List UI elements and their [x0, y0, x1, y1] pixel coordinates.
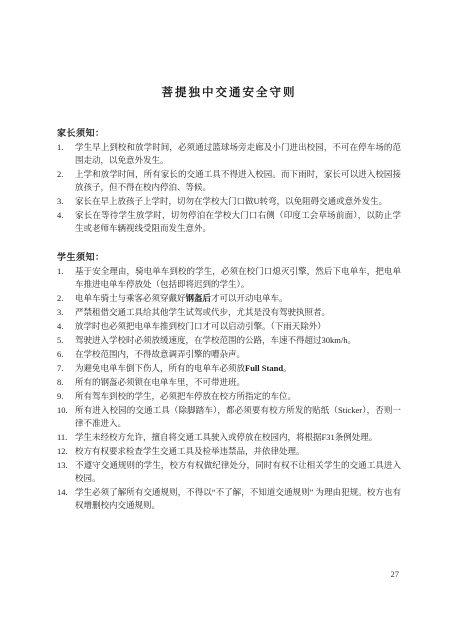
rule-item: 3.严禁租借交通工具给其他学生试驾或代步，尤其是没有驾驶执照者。: [57, 306, 401, 319]
rule-item-number: 10.: [57, 404, 75, 430]
rule-item-text: 所有驾车到校的学生，必须把车停放在校方所指定的车位。: [75, 390, 401, 403]
rule-item-text: 学生必须了解所有交通规则，不得以“不了解，不知道交通规则” 为理由犯规。校方也有…: [75, 486, 401, 512]
rule-item: 6.在学校范围内，不得故意调弄引擎的嘈杂声。: [57, 348, 401, 361]
rule-item: 8.所有的钢盔必须锁在电单车里，不可带进班。: [57, 376, 401, 389]
rule-item-number: 1.: [57, 265, 75, 291]
rule-item-text: 家长在早上放孩子上学时，切勿在学校大门口做U转弯，以免阻碍交通或意外发生。: [75, 195, 401, 208]
rule-item: 10.所有进入校园的交通工具（除脚踏车），都必须要有校方所发的贴纸（Sticke…: [57, 404, 401, 430]
page-title: 菩提独中交通安全守则: [57, 84, 401, 100]
rule-item-text: 上学和放学时间，所有家长的交通工具不得进入校园。而下雨时，家长可以进入校园接放孩…: [75, 168, 401, 194]
rule-item-number: 4.: [57, 209, 75, 235]
rule-item-text: 严禁租借交通工具给其他学生试驾或代步，尤其是没有驾驶执照者。: [75, 306, 401, 319]
rule-item: 1.基于安全理由，骑电单车到校的学生，必须在校门口熄灭引擎，然后下电单车，把电单…: [57, 265, 401, 291]
rule-item: 7.为避免电单车倒下伤人，所有的电单车必须放Full Stand。: [57, 362, 401, 375]
students-rule-list: 1.基于安全理由，骑电单车到校的学生，必须在校门口熄灭引擎，然后下电单车，把电单…: [57, 265, 401, 512]
rule-item: 1.学生早上到校和放学时间，必须通过篮球场旁走廊及小门进出校园，不可在停车场的范…: [57, 141, 401, 167]
rule-item-text: 基于安全理由，骑电单车到校的学生，必须在校门口熄灭引擎，然后下电单车，把电单车推…: [75, 265, 401, 291]
rule-item-number: 1.: [57, 141, 75, 167]
rule-item: 14.学生必须了解所有交通规则，不得以“不了解，不知道交通规则” 为理由犯规。校…: [57, 486, 401, 512]
rule-item-text: 不遵守交通规则的学生，校方有权做纪律处分，同时有权不让相关学生的交通工具进入校园…: [75, 459, 401, 485]
rule-item-number: 11.: [57, 431, 75, 444]
rule-item-number: 5.: [57, 334, 75, 347]
rule-item: 4.家长在等待学生放学时，切勿停泊在学校大门口右侧（印度工会草场前面），以防止学…: [57, 209, 401, 235]
rule-item-number: 9.: [57, 390, 75, 403]
rule-item-number: 2.: [57, 292, 75, 305]
rule-item-number: 7.: [57, 362, 75, 375]
rule-item: 5.驾驶进入学校时必须放缓速度，在学校范围的公路，车速不得超过30km/h。: [57, 334, 401, 347]
rule-item-number: 3.: [57, 306, 75, 319]
rule-item-text: 所有的钢盔必须锁在电单车里，不可带进班。: [75, 376, 401, 389]
rule-item-text: 在学校范围内，不得故意调弄引擎的嘈杂声。: [75, 348, 401, 361]
rule-item-number: 2.: [57, 168, 75, 194]
rule-item: 9.所有驾车到校的学生，必须把车停放在校方所指定的车位。: [57, 390, 401, 403]
rule-item: 11.学生未经校方允许，擅自将交通工具驶入或停放在校园内，将根据F31条例处理。: [57, 431, 401, 444]
rule-item: 2.电单车骑士与乘客必须穿戴好钢盔后才可以开动电单车。: [57, 292, 401, 305]
rule-item-number: 14.: [57, 486, 75, 512]
rule-item-number: 12.: [57, 445, 75, 458]
section-students-notice: 学生须知： 1.基于安全理由，骑电单车到校的学生，必须在校门口熄灭引擎，然后下电…: [57, 250, 401, 512]
document-content: 菩提独中交通安全守则 家长须知： 1.学生早上到校和放学时间，必须通过篮球场旁走…: [57, 84, 401, 527]
section-heading-students: 学生须知：: [57, 250, 401, 263]
parents-rule-list: 1.学生早上到校和放学时间，必须通过篮球场旁走廊及小门进出校园，不可在停车场的范…: [57, 141, 401, 235]
rule-item-number: 13.: [57, 459, 75, 485]
rule-item-text: 家长在等待学生放学时，切勿停泊在学校大门口右侧（印度工会草场前面），以防止学生或…: [75, 209, 401, 235]
rule-item-text: 学生早上到校和放学时间，必须通过篮球场旁走廊及小门进出校园，不可在停车场的范围走…: [75, 141, 401, 167]
page-number: 27: [391, 569, 400, 579]
rule-item-text: 校方有权要求检查学生交通工具及检举违禁品，并依律处理。: [75, 445, 401, 458]
rule-item-number: 6.: [57, 348, 75, 361]
rule-item-text: 学生未经校方允许，擅自将交通工具驶入或停放在校园内，将根据F31条例处理。: [75, 431, 401, 444]
rule-item-number: 3.: [57, 195, 75, 208]
rule-item: 4.放学时也必须把电单车推到校门口才可以启动引擎。（下雨天除外）: [57, 320, 401, 333]
section-heading-parents: 家长须知：: [57, 126, 401, 139]
rule-item-text: 驾驶进入学校时必须放缓速度，在学校范围的公路，车速不得超过30km/h。: [75, 334, 401, 347]
rule-item-text: 所有进入校园的交通工具（除脚踏车），都必须要有校方所发的贴纸（Sticker），…: [75, 404, 401, 430]
rule-item: 2.上学和放学时间，所有家长的交通工具不得进入校园。而下雨时，家长可以进入校园接…: [57, 168, 401, 194]
document-page: 菩提独中交通安全守则 家长须知： 1.学生早上到校和放学时间，必须通过篮球场旁走…: [0, 0, 452, 640]
rule-item-text: 为避免电单车倒下伤人，所有的电单车必须放Full Stand。: [75, 362, 401, 375]
rule-item: 13.不遵守交通规则的学生，校方有权做纪律处分，同时有权不让相关学生的交通工具进…: [57, 459, 401, 485]
section-parents-notice: 家长须知： 1.学生早上到校和放学时间，必须通过篮球场旁走廊及小门进出校园，不可…: [57, 126, 401, 235]
rule-item: 12.校方有权要求检查学生交通工具及检举违禁品，并依律处理。: [57, 445, 401, 458]
rule-item: 3.家长在早上放孩子上学时，切勿在学校大门口做U转弯，以免阻碍交通或意外发生。: [57, 195, 401, 208]
rule-item-number: 8.: [57, 376, 75, 389]
rule-item-text: 放学时也必须把电单车推到校门口才可以启动引擎。（下雨天除外）: [75, 320, 401, 333]
rule-item-text: 电单车骑士与乘客必须穿戴好钢盔后才可以开动电单车。: [75, 292, 401, 305]
rule-item-number: 4.: [57, 320, 75, 333]
